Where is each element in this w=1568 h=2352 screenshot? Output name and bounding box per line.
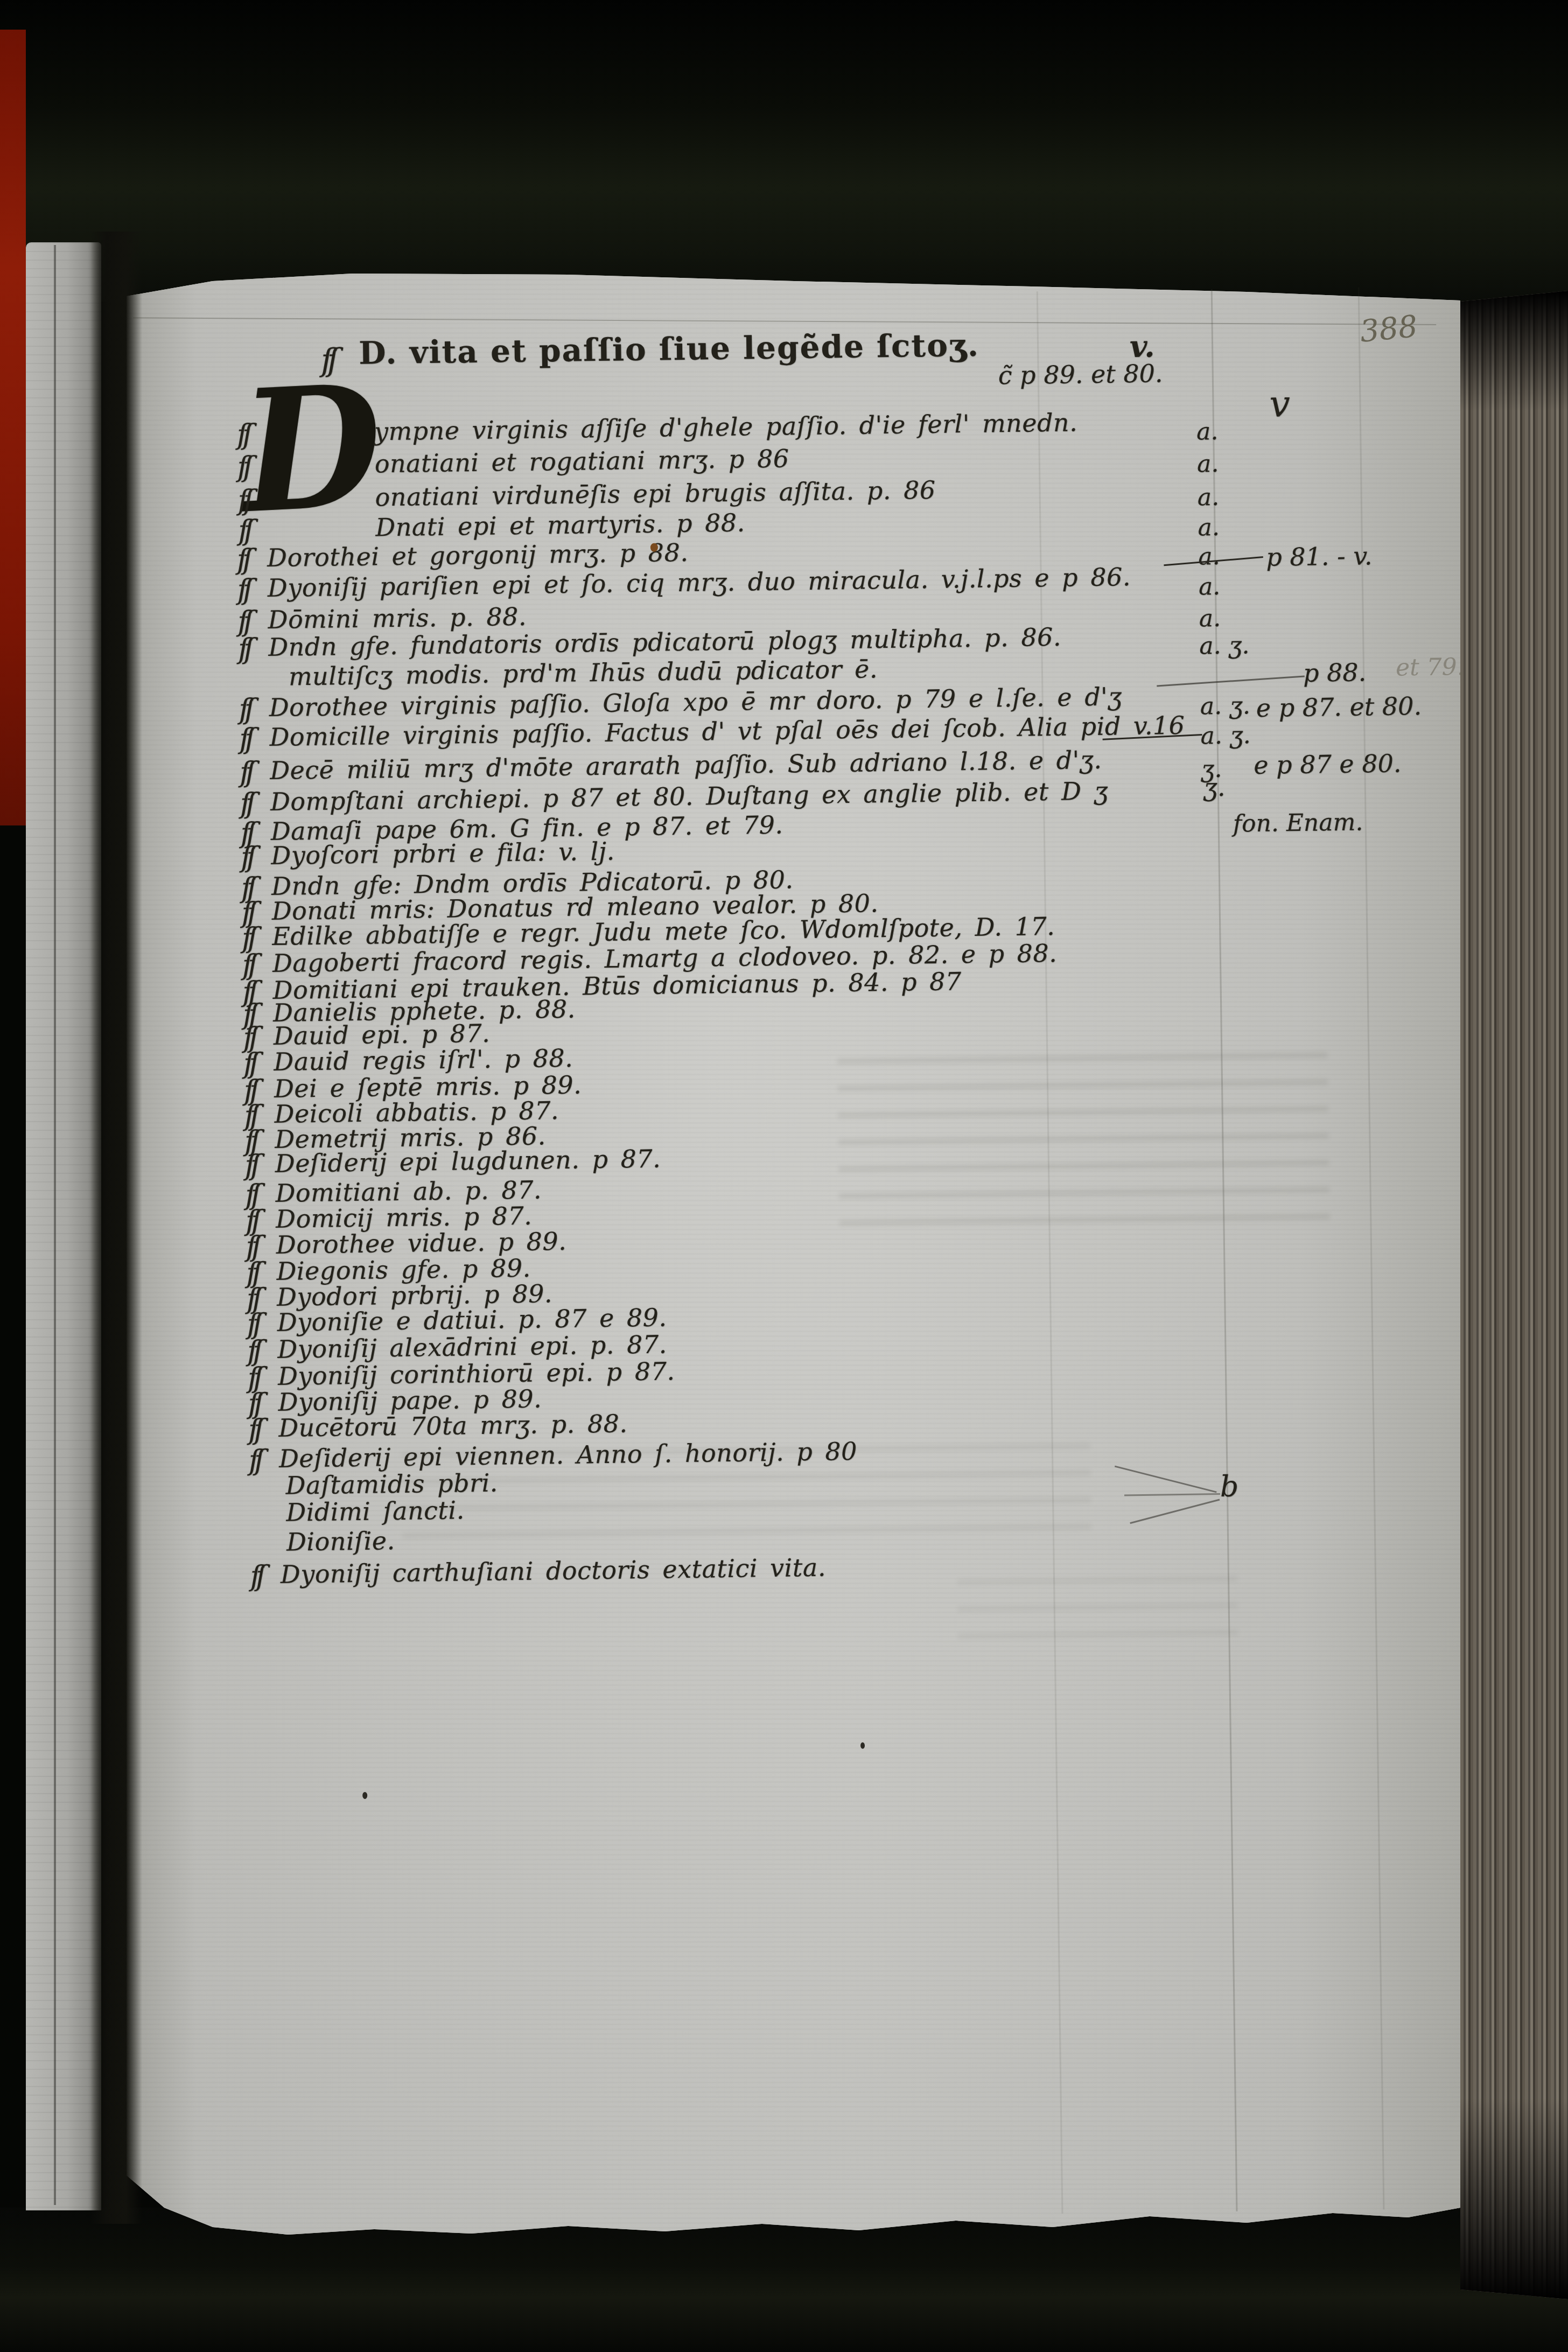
marginal-note: p 88. <box>1303 657 1367 688</box>
pilcrow-mark: ſſ <box>240 787 271 820</box>
pilcrow-mark: ſſ <box>244 1149 275 1182</box>
entry-line: Didimi ſancti. <box>286 1495 465 1527</box>
marginal-note: p 81. - v. <box>1266 541 1373 572</box>
arrow-mark-stroke-1 <box>1115 1466 1217 1493</box>
margin-letter: a. <box>1196 418 1219 446</box>
pilcrow-mark: ſſ <box>241 841 271 874</box>
margin-letter-column: a.a.a.a.a.a.a.a. ʒ.a. ʒ.a. ʒ.ʒ. <box>0 0 1562 4</box>
ruling-horizontal <box>133 317 1436 325</box>
connector-stroke <box>1157 675 1305 687</box>
marginal-note: b <box>1220 1469 1238 1503</box>
entry-text: Dnati epi et martyris. p 88. <box>375 508 745 542</box>
entry-line: ſſDyoniſij carthuſiani doctoris extatici… <box>250 1553 826 1593</box>
entry-text: Dorothei et gorgonij mrʒ. p 88. <box>267 538 689 572</box>
entry-text: Daſtamidis pbri. <box>285 1468 498 1500</box>
entry-text: Deſiderij epi lugdunen. p 87. <box>275 1144 661 1178</box>
ink-speck-2 <box>860 1742 865 1749</box>
pilcrow-mark: ſſ <box>237 419 248 451</box>
ink-speck-red <box>650 543 658 552</box>
entry-text: ympne virginis aſſiſe d'ghele paſſio. d'… <box>374 408 1078 446</box>
entry-line: Daſtamidis pbri. <box>285 1468 498 1500</box>
ruling-vertical-3 <box>1358 287 1385 2209</box>
marginal-note: c̃ p 89. et 80. <box>998 359 1163 390</box>
entry-text: Didimi ſancti. <box>286 1495 465 1527</box>
pilcrow-mark: ſſ <box>237 543 268 576</box>
pilcrow-mark: ſſ <box>238 515 249 547</box>
entry-line: onatiani et rogatiani mrʒ. p 86 <box>374 444 789 478</box>
arrow-mark-stroke-3 <box>1130 1499 1220 1524</box>
pilcrow-mark: ſſ <box>237 485 249 517</box>
margin-letter: a. <box>1197 484 1219 512</box>
initial-capital-D: D <box>239 377 385 521</box>
marginal-note: e p 87. et 80. <box>1256 691 1422 723</box>
margin-letter: a. <box>1198 514 1220 542</box>
page-title: D. vita et paſſio ſiue legẽde ſctoʒ. <box>359 327 980 372</box>
margin-letter: a. ʒ. <box>1199 632 1250 660</box>
marginal-note: et 79. <box>1396 653 1465 682</box>
marginal-note: ʒ. <box>1203 773 1225 802</box>
marginal-note: e p 87 e 80. <box>1254 749 1402 780</box>
pilcrow-mark: ſſ <box>248 1413 279 1446</box>
pilcrow-mark: ſſ <box>240 756 270 789</box>
marginal-notes: c̃ p 89. et 80.vp 81. - v.p 88.et 79.e p… <box>0 0 1562 4</box>
margin-letter: a. <box>1199 605 1221 633</box>
entry-text: Dyoniſij carthuſiani doctoris extatici v… <box>280 1553 826 1589</box>
margin-letter: a. <box>1197 450 1219 478</box>
entry-text: onatiani virdunēſis epi brugis aſſita. p… <box>375 475 936 512</box>
bleed-through-ghost-3 <box>957 1576 1238 1650</box>
marginal-note: fon. Enam. <box>1233 808 1363 837</box>
pilcrow-mark: ſſ <box>239 723 270 755</box>
folio-number: 388 <box>1359 309 1419 349</box>
margin-letter: a. <box>1199 573 1221 601</box>
entry-text: onatiani et rogatiani mrʒ. p 86 <box>374 444 789 478</box>
entry-line: ympne virginis aſſiſe d'ghele paſſio. d'… <box>374 408 1078 446</box>
margin-letter: a. ʒ. <box>1200 692 1251 720</box>
entry-text: Dioniſie. <box>286 1526 395 1557</box>
entry-text: Ducētorū 70ta mrʒ. p. 88. <box>278 1409 628 1442</box>
arrow-mark-stroke-2 <box>1124 1493 1220 1496</box>
manuscript-photo: ſſ D. vita et paſſio ſiue legẽde ſctoʒ. … <box>0 0 1568 2352</box>
ink-speck-1 <box>362 1792 367 1799</box>
pilcrow-mark: ſſ <box>249 1444 279 1477</box>
pilcrow-mark: ſſ <box>250 1560 281 1593</box>
margin-letter: a. ʒ. <box>1200 722 1251 750</box>
pilcrow-mark: ſſ <box>238 633 269 666</box>
entry-line: onatiani virdunēſis epi brugis aſſita. p… <box>375 475 936 512</box>
entry-text: Dyoſcori prbri e fila: v. lj. <box>271 837 615 870</box>
pilcrow-mark: ſſ <box>237 451 248 484</box>
pilcrow-mark: ſſ <box>239 693 269 726</box>
bleed-through-ghost-1 <box>837 1052 1329 1236</box>
index-entries: ſſympne virginis aſſiſe d'ghele paſſio. … <box>0 0 1562 4</box>
entry-line: Dnati epi et martyris. p 88. <box>375 508 745 542</box>
page-content: ſſ D. vita et paſſio ſiue legẽde ſctoʒ. … <box>0 0 1568 2352</box>
pilcrow-mark: ſſ <box>237 573 268 606</box>
margin-letter: a. <box>1198 543 1220 571</box>
marginal-note: v <box>1269 383 1290 425</box>
entry-line: Dioniſie. <box>286 1526 395 1557</box>
